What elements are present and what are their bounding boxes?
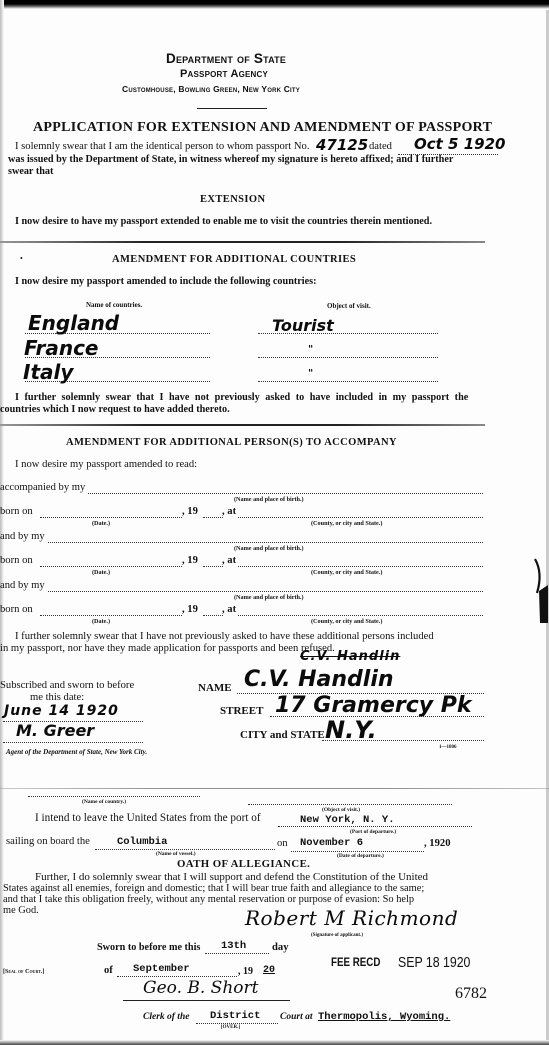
court-place-value: Thermopolis, Wyoming. (318, 1011, 450, 1023)
applicant-oath-signature: Robert M Richmond (245, 906, 458, 930)
clerk-prefix: Clerk of the (143, 1012, 189, 1022)
caption-date: (Date.) (92, 569, 110, 576)
section-divider (0, 424, 485, 426)
year-prefix: , 19 (182, 604, 198, 615)
born-year-field[interactable] (203, 615, 223, 616)
departure-year: , 1920 (424, 838, 450, 849)
scan-bottom-edge (0, 1040, 549, 1045)
at-label: , at (222, 604, 236, 615)
agent-signature-field[interactable] (3, 742, 143, 743)
departure-date-field[interactable] (291, 851, 424, 852)
countries-further-line2: countries which I now request to have ad… (0, 404, 230, 415)
city-state-value: N.Y. (325, 716, 377, 744)
additional-persons-heading: AMENDMENT FOR ADDITIONAL PERSON(S) TO AC… (66, 437, 397, 448)
column-header-country: Name of countries. (86, 301, 142, 309)
born-date-field[interactable] (40, 615, 182, 616)
file-number-stamp: 6782 (455, 985, 487, 1003)
agency-heading: Passport Agency (180, 68, 268, 80)
caption-name-place: (Name and place of birth.) (234, 545, 304, 552)
caption-date: (Date.) (92, 618, 110, 625)
born-on-label: born on (0, 555, 33, 566)
caption-place: (County, or city and State.) (311, 520, 382, 527)
object-value: " (308, 344, 313, 355)
year-prefix: , 19 (182, 506, 198, 517)
on-label: on (277, 838, 288, 849)
persons-further-line2: in my passport, nor have they made appli… (0, 643, 335, 654)
sworn-day-value: 13th (221, 940, 246, 952)
caption-name-place: (Name and place of birth.) (234, 594, 304, 601)
oath-line4: me God. (3, 905, 39, 916)
at-label: , at (222, 506, 236, 517)
caption-place: (County, or city and State.) (311, 618, 382, 625)
born-year-field[interactable] (203, 566, 223, 567)
caption-country: (Name of country.) (82, 799, 126, 805)
sworn-prefix: Sworn to before me this (97, 942, 200, 953)
oath-intro-line1: I solemnly swear that I am the identical… (15, 141, 310, 152)
object-field-line[interactable] (258, 381, 438, 382)
port-field[interactable] (278, 826, 472, 827)
born-place-field[interactable] (238, 517, 483, 518)
year-prefix: , 19 (182, 555, 198, 566)
caption-vessel: (Name of vessel.) (156, 851, 196, 857)
oath-line2: States against all enemies, foreign and … (3, 883, 424, 894)
country-name-field[interactable] (28, 796, 200, 797)
accompanied-by-label: accompanied by my (0, 482, 85, 493)
object-field-line[interactable] (258, 357, 438, 358)
intend-text: I intend to leave the United States from… (35, 812, 261, 824)
country-value: France (24, 336, 98, 360)
agent-signature: M. Greer (16, 721, 94, 740)
form-title: APPLICATION FOR EXTENSION AND AMENDMENT … (33, 120, 492, 136)
header-divider (197, 108, 267, 109)
additional-countries-intro: I now desire my passport amended to incl… (15, 276, 316, 287)
fee-received-stamp: FEE RECD (331, 957, 380, 969)
agent-caption: Agent of the Department of State, New Yo… (6, 748, 147, 756)
fold-line (0, 788, 549, 789)
caption-name-place: (Name and place of birth.) (234, 496, 304, 503)
street-label: STREET (220, 705, 263, 717)
additional-persons-intro: I now desire my passport amended to read… (15, 459, 197, 470)
subscribed-line2: me this date: (30, 692, 84, 703)
passport-number-value: 47125 (316, 136, 368, 154)
born-place-field[interactable] (238, 566, 483, 567)
born-date-field[interactable] (40, 517, 182, 518)
object-value: Tourist (272, 316, 334, 335)
extension-heading: EXTENSION (200, 194, 265, 205)
caption-departure-date: (Date of departure.) (337, 853, 384, 859)
clerk-signature-line (123, 1000, 290, 1001)
port-value: New York, N. Y. (300, 814, 395, 826)
date-received-stamp: SEP 18 1920 (398, 955, 470, 971)
oath-intro-line3: swear that (8, 166, 53, 177)
oath-line1: Further, I do solemnly swear that I will… (35, 871, 428, 883)
scan-top-edge (0, 0, 549, 9)
sworn-month-field[interactable] (117, 976, 237, 977)
born-place-field[interactable] (238, 615, 483, 616)
subscribed-date-value: June 14 1920 (4, 703, 119, 719)
form-number: 1—1806 (439, 745, 457, 750)
court-at-label: Court at (280, 1012, 312, 1022)
subscribed-line1: Subscribed and sworn to before (0, 680, 134, 691)
vessel-field[interactable] (95, 849, 275, 850)
sworn-year-prefix: , 19 (238, 966, 253, 977)
dated-label: dated (369, 141, 392, 152)
section-divider (0, 241, 485, 243)
caption-port: (Port of departure.) (350, 829, 396, 835)
vessel-value: Columbia (117, 836, 167, 848)
country-value: England (28, 311, 119, 335)
clerk-signature: Geo. B. Short (143, 978, 258, 998)
oath-heading: OATH OF ALLEGIANCE. (177, 858, 310, 870)
object-value: " (308, 368, 313, 379)
name-value: C.V. Handlin (244, 667, 394, 692)
agency-address: Customhouse, Bowling Green, New York Cit… (122, 84, 300, 94)
oath-intro-text: I solemnly swear that I am the identical… (15, 141, 310, 152)
paper-clip-mark-icon (530, 555, 549, 625)
accompanied-name-field[interactable] (88, 493, 483, 494)
city-state-label: CITY and STATE (240, 729, 325, 741)
sworn-day-label: day (272, 942, 289, 953)
and-by-label: and by my (0, 531, 45, 542)
seal-of-court-label: [Seal of Court.] (3, 969, 44, 975)
court-value: District (210, 1010, 260, 1022)
over-label: [OVER.] (221, 1025, 240, 1030)
caption-object: (Object of visit.) (322, 807, 360, 813)
born-year-field[interactable] (203, 517, 223, 518)
column-header-object: Object of visit. (327, 302, 371, 310)
oath-intro-line2: was issued by the Department of State, i… (8, 154, 453, 165)
departure-date-value: November 6 (300, 837, 363, 849)
sworn-year-value: 20 (263, 965, 275, 976)
extension-text: I now desire to have my passport extende… (15, 216, 432, 227)
court-field[interactable] (196, 1023, 278, 1024)
and-by-name-field[interactable] (48, 542, 483, 543)
oath-line3: and that I take this obligation freely, … (3, 894, 414, 905)
sworn-month-value: September (133, 963, 190, 975)
persons-further-line1: I further solemnly swear that I have not… (15, 631, 434, 642)
and-by-name-field[interactable] (48, 591, 483, 592)
countries-further-line1: I further solemnly swear that I have not… (15, 392, 468, 403)
at-label: , at (222, 555, 236, 566)
caption-place: (County, or city and State.) (311, 569, 382, 576)
department-heading: Department of State (166, 51, 286, 66)
and-by-label: and by my (0, 580, 45, 591)
caption-date: (Date.) (92, 520, 110, 527)
caption-signature: (Signature of applicant.) (311, 933, 363, 938)
street-value: 17 Gramercy Pk (275, 693, 472, 718)
country-value: Italy (23, 360, 73, 384)
bullet-mark: • (20, 254, 23, 263)
dated-value: Oct 5 1920 (414, 135, 505, 153)
born-on-label: born on (0, 604, 33, 615)
sworn-of-label: of (104, 965, 113, 976)
sailing-label: sailing on board the (6, 836, 90, 847)
name-label: NAME (198, 682, 232, 694)
born-on-label: born on (0, 506, 33, 517)
applicant-signature-top: C.V. Handlin (300, 649, 400, 664)
born-date-field[interactable] (40, 566, 182, 567)
object-of-visit-field[interactable] (248, 804, 452, 805)
sworn-day-field[interactable] (205, 953, 269, 954)
additional-countries-heading: AMENDMENT FOR ADDITIONAL COUNTRIES (112, 254, 356, 265)
